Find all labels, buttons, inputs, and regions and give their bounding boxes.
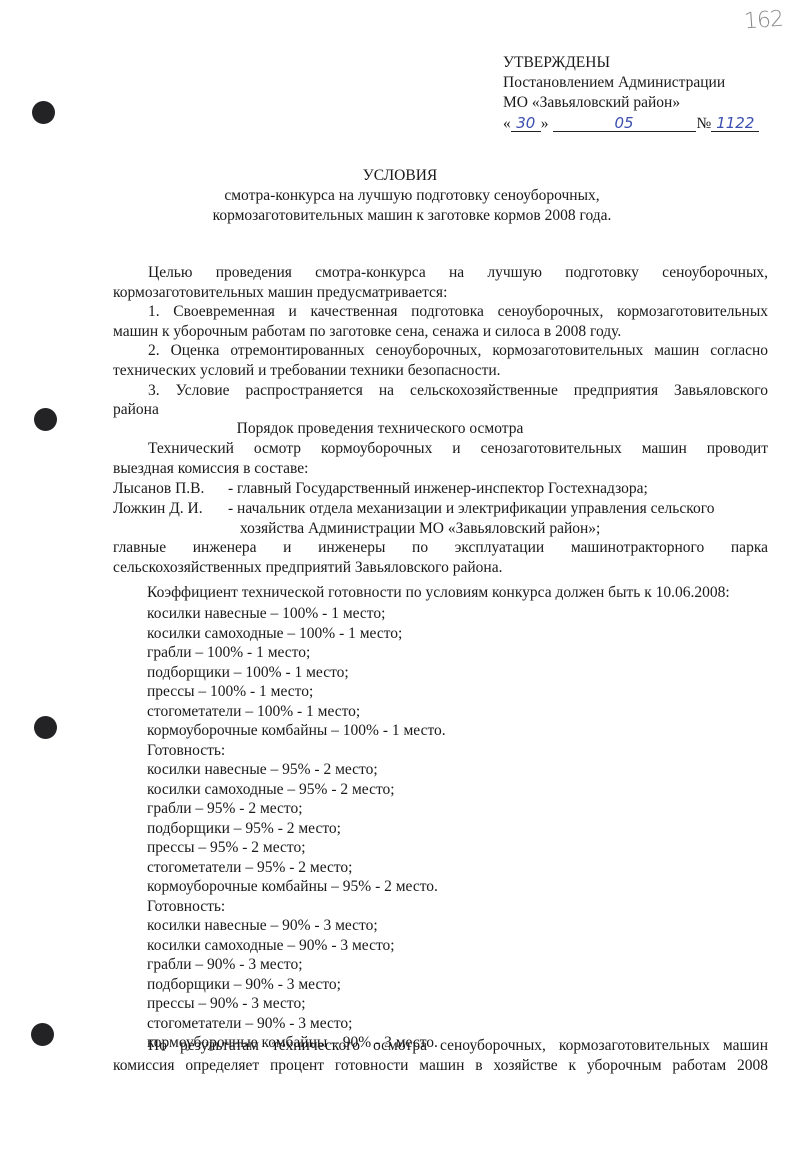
- document-subtitle-2: кормозаготовительных машин к заготовке к…: [12, 207, 800, 225]
- results-paragraph: По результатам технического осмотра сено…: [113, 1036, 768, 1075]
- readiness-label: Готовность:: [147, 741, 446, 761]
- readiness-item: прессы – 90% - 3 место;: [147, 994, 446, 1014]
- readiness-item: стогометатели – 100% - 1 место;: [147, 702, 446, 722]
- readiness-item: прессы – 100% - 1 место;: [147, 682, 446, 702]
- coefficient-intro: Коэффициент технической готовности по ус…: [147, 584, 730, 602]
- document-subtitle-1: смотра-конкурса на лучшую подготовку сен…: [12, 187, 800, 205]
- readiness-list: косилки навесные – 100% - 1 место;косилк…: [147, 604, 446, 1053]
- readiness-item: косилки навесные – 100% - 1 место;: [147, 604, 446, 624]
- approval-month: 05: [614, 114, 633, 132]
- punch-hole: [34, 716, 57, 739]
- readiness-item: грабли – 95% - 2 место;: [147, 799, 446, 819]
- readiness-item: косилки самоходные – 90% - 3 место;: [147, 936, 446, 956]
- goal-item: 3. Условие распространяется на сельскохо…: [113, 381, 768, 401]
- approval-stamp: УТВЕРЖДЕНЫ Постановлением Администрации …: [503, 53, 759, 134]
- section-heading-inspection: Порядок проведения технического осмотра: [0, 420, 780, 438]
- approval-line2: МО «Завьяловский район»: [503, 93, 759, 113]
- inspection-others: главные инженера и инженеры по эксплуата…: [113, 538, 768, 577]
- inspection-paragraph: Технический осмотр кормоуборочных и сено…: [113, 439, 768, 478]
- punch-hole: [32, 101, 55, 124]
- number-label: №: [697, 115, 712, 132]
- readiness-item: стогометатели – 90% - 3 место;: [147, 1014, 446, 1034]
- readiness-item: грабли – 90% - 3 место;: [147, 955, 446, 975]
- document-title: УСЛОВИЯ: [0, 167, 800, 185]
- readiness-item: косилки навесные – 95% - 2 место;: [147, 760, 446, 780]
- goal-item: 2. Оценка отремонтированных сеноуборочны…: [113, 341, 768, 361]
- readiness-item: подборщики – 100% - 1 место;: [147, 663, 446, 683]
- readiness-item: косилки самоходные – 95% - 2 место;: [147, 780, 446, 800]
- readiness-item: косилки самоходные – 100% - 1 место;: [147, 624, 446, 644]
- approval-number: 1122: [716, 114, 754, 132]
- approval-line1: Постановлением Администрации: [503, 73, 759, 93]
- readiness-item: косилки навесные – 90% - 3 место;: [147, 916, 446, 936]
- intro-paragraph: Целью проведения смотра-конкурса на лучш…: [113, 263, 768, 420]
- handwritten-page-number: 162: [743, 7, 784, 35]
- readiness-item: подборщики – 90% - 3 место;: [147, 975, 446, 995]
- approval-date-line: «30»05№1122: [503, 113, 759, 134]
- readiness-item: кормоуборочные комбайны – 100% - 1 место…: [147, 721, 446, 741]
- readiness-item: стогометатели – 95% - 2 место;: [147, 858, 446, 878]
- readiness-item: подборщики – 95% - 2 место;: [147, 819, 446, 839]
- punch-hole: [31, 1023, 54, 1046]
- approval-day: 30: [516, 114, 535, 132]
- readiness-item: кормоуборочные комбайны – 95% - 2 место.: [147, 877, 446, 897]
- approval-heading: УТВЕРЖДЕНЫ: [503, 53, 759, 73]
- readiness-item: грабли – 100% - 1 место;: [147, 643, 446, 663]
- readiness-item: прессы – 95% - 2 место;: [147, 838, 446, 858]
- readiness-label: Готовность:: [147, 897, 446, 917]
- goal-item: 1. Своевременная и качественная подготов…: [113, 302, 768, 322]
